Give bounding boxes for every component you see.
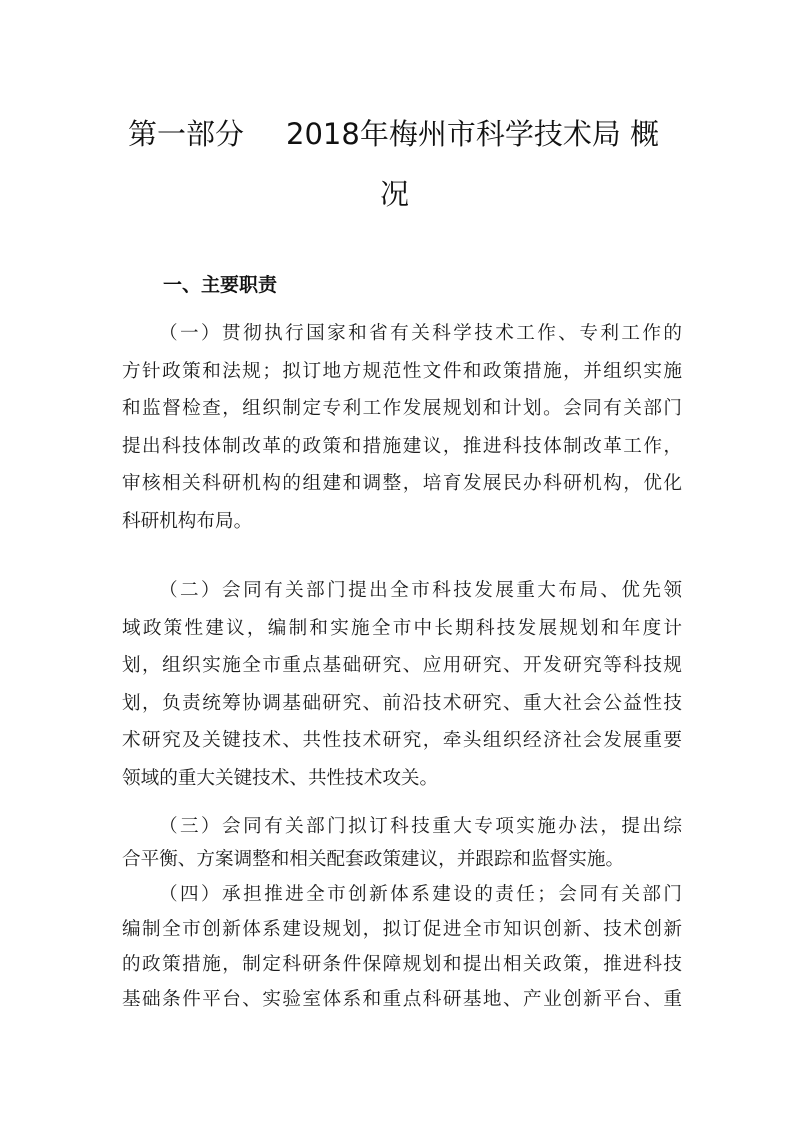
paragraph-line: 的政策措施，制定科研条件保障规划和提出相关政策，推进科技	[122, 947, 682, 982]
paragraph-line: （四）承担推进全市创新体系建设的责任；会同有关部门	[122, 877, 682, 912]
paragraph-line: 科研机构布局。	[122, 503, 682, 541]
section-heading-main-duties: 一、主要职责	[163, 270, 277, 297]
paragraph-2: （二）会同有关部门提出全市科技发展重大布局、优先领 域政策性建议，编制和实施全市…	[122, 572, 682, 798]
paragraph-line: 方针政策和法规；拟订地方规范性文件和政策措施，并组织实施	[122, 353, 682, 391]
document-page: 第一部分2018年梅州市科学技术局 概 况 一、主要职责 （一）贯彻执行国家和省…	[0, 0, 793, 1122]
paragraph-line: （一）贯彻执行国家和省有关科学技术工作、专利工作的	[122, 315, 682, 353]
title-continuation: 况	[380, 177, 409, 211]
paragraph-line: 基础条件平台、实验室体系和重点科研基地、产业创新平台、重	[122, 982, 682, 1017]
paragraph-line: 域政策性建议，编制和实施全市中长期科技发展规划和年度计	[122, 610, 682, 648]
paragraph-1: （一）贯彻执行国家和省有关科学技术工作、专利工作的 方针政策和法规；拟订地方规范…	[122, 315, 682, 541]
paragraph-line: 划，负责统筹协调基础研究、前沿技术研究、重大社会公益性技	[122, 685, 682, 723]
paragraph-line: 划，组织实施全市重点基础研究、应用研究、开发研究等科技规	[122, 647, 682, 685]
paragraph-line: （二）会同有关部门提出全市科技发展重大布局、优先领	[122, 572, 682, 610]
paragraph-line: （三）会同有关部门拟订科技重大专项实施办法，提出综	[122, 810, 682, 843]
document-title-line-1: 第一部分2018年梅州市科学技术局 概	[128, 112, 659, 153]
title-main: 2018年梅州市科学技术局 概	[286, 117, 659, 151]
document-title-line-2: 况	[380, 172, 409, 213]
paragraph-line: 合平衡、方案调整和相关配套政策建议，并跟踪和监督实施。	[122, 843, 682, 876]
paragraph-4: （四）承担推进全市创新体系建设的责任；会同有关部门 编制全市创新体系建设规划，拟…	[122, 877, 682, 1017]
paragraph-line: 领域的重大关键技术、共性技术攻关。	[122, 760, 682, 798]
paragraph-line: 审核相关科研机构的组建和调整，培育发展民办科研机构，优化	[122, 465, 682, 503]
paragraph-line: 和监督检查，组织制定专利工作发展规划和计划。会同有关部门	[122, 390, 682, 428]
paragraph-line: 术研究及关键技术、共性技术研究，牵头组织经济社会发展重要	[122, 722, 682, 760]
paragraph-3: （三）会同有关部门拟订科技重大专项实施办法，提出综 合平衡、方案调整和相关配套政…	[122, 810, 682, 876]
title-part-label: 第一部分	[128, 117, 244, 151]
paragraph-line: 提出科技体制改革的政策和措施建议，推进科技体制改革工作，	[122, 428, 682, 466]
paragraph-line: 编制全市创新体系建设规划，拟订促进全市知识创新、技术创新	[122, 912, 682, 947]
